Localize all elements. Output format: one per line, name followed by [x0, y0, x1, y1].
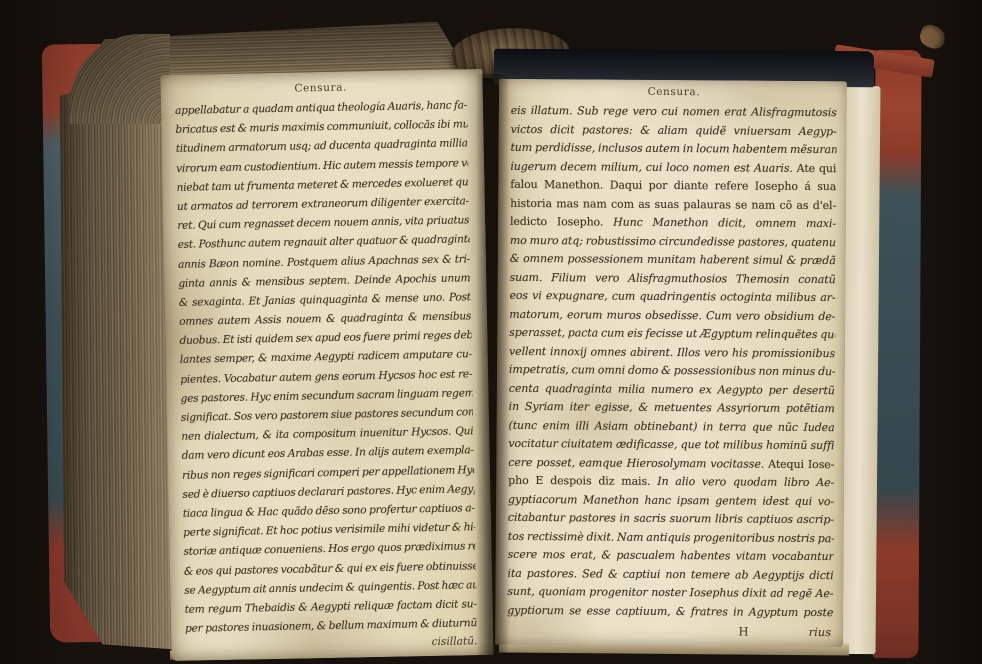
text-line: matorum, eorum muros obsedisse. Cum vero…	[509, 305, 835, 326]
text-line: scere mos erat, & pascualem habentes vit…	[508, 546, 834, 567]
text-line: & omnem possessionem munitam haberent si…	[510, 250, 836, 271]
text-line: eis illatum. Sub rege vero cui nomen era…	[511, 102, 837, 123]
running-header-left: Censura.	[175, 79, 467, 97]
text-line: impetratis, cum omni domo & possessionib…	[509, 361, 835, 382]
text-line: centa quadraginta milia numero ex Aegypt…	[509, 379, 835, 400]
left-page: Censura. appellabatur a quadam antiqua t…	[160, 69, 493, 661]
book-photograph: Censura. appellabatur a quadam antiqua t…	[0, 0, 982, 664]
text-line: iugerum decem milium, cui loco nomen est…	[510, 157, 836, 178]
text-line: victos dicit pastores: & aliam quidẽ vni…	[511, 120, 837, 141]
text-line: pho E despois diz mais. In alio vero quo…	[508, 472, 834, 493]
text-line: historia mas nam com as suas palauras se…	[510, 194, 836, 215]
right-page-text: eis illatum. Sub rege vero cui nomen era…	[507, 102, 837, 622]
text-line: gyptiorum se esse captiuum, & fratres in…	[507, 601, 833, 622]
text-line: ita pastores. Sed & captiui non temere a…	[507, 564, 833, 585]
text-line: ledicto Iosepho. Hunc Manethon dicit, om…	[510, 213, 836, 234]
right-page: Censura. eis illatum. Sub rege vero cui …	[495, 79, 847, 647]
frayed-corner-bit	[917, 22, 949, 52]
text-line: in Syriam iter egisse, & metuentes Assyr…	[509, 398, 835, 419]
text-line: suam. Filium vero Alisfragmuthosios Them…	[510, 268, 836, 289]
text-line: cere posset, eamque Hierosolymam vocitas…	[508, 453, 834, 474]
text-line: sperasset, pacta cum eis fecisse ut Ægyp…	[509, 324, 835, 345]
fore-edge-page-stack-left	[59, 72, 176, 651]
text-line: (tunc enim illi Asiam obtinebant) in ter…	[508, 416, 834, 437]
text-line: tos rectissimè dixit. Nam antiquis proge…	[508, 527, 834, 548]
text-line: vocitatur ciuitatem ædificasse, que tot …	[508, 435, 834, 456]
text-line: mo muro atq; robustissimo circundedisse …	[510, 231, 836, 252]
signature-row: H rius	[507, 623, 833, 643]
left-page-text: appellabatur a quadam antiqua theología …	[175, 96, 477, 639]
text-line: sunt, quoniam progenitor noster Iosephus…	[507, 583, 833, 604]
text-line: tum perdidisse, inclusos autem in locum …	[510, 139, 836, 160]
text-line: falou Manethon. Daqui por diante refere …	[510, 176, 836, 197]
text-line: vellent innoxij omnes abirent. Illos ver…	[509, 342, 835, 363]
right-page-content: Censura. eis illatum. Sub rege vero cui …	[507, 85, 837, 643]
running-header-right: Censura.	[511, 85, 837, 99]
text-line: eos vi expugnare, cum quadringentis octo…	[509, 287, 835, 308]
text-line: citabantur pastores in sacris suorum lib…	[508, 509, 834, 530]
right-catchword: rius	[809, 625, 832, 639]
left-page-content: Censura. appellabatur a quadam antiqua t…	[175, 79, 478, 653]
text-line: gyptiacorum Manethon hanc ipsam gentem i…	[508, 490, 834, 511]
gathering-signature: H	[739, 624, 749, 638]
